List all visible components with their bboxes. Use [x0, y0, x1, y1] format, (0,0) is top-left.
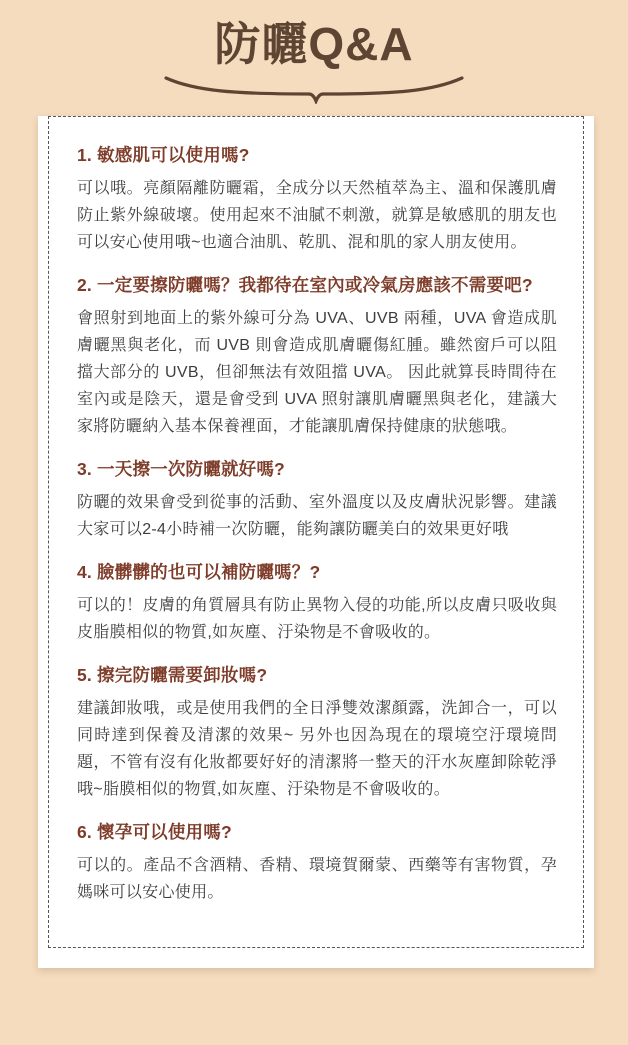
faq-answer: 會照射到地面上的紫外線可分為 UVA、UVB 兩種，UVA 會造成肌膚曬黑與老化…: [77, 305, 557, 440]
faq-question: 4. 臉髒髒的也可以補防曬嗎？?: [77, 560, 557, 584]
faq-question: 6. 懷孕可以使用嗎?: [77, 820, 557, 844]
faq-answer: 可以的。產品不含酒精、香精、環境賀爾蒙、西藥等有害物質，孕媽咪可以安心使用。: [77, 852, 557, 906]
faq-item: 2. 一定要擦防曬嗎？我都待在室內或冷氣房應該不需要吧? 會照射到地面上的紫外線…: [77, 273, 557, 440]
faq-item: 6. 懷孕可以使用嗎? 可以的。產品不含酒精、香精、環境賀爾蒙、西藥等有害物質，…: [77, 820, 557, 906]
faq-item: 3. 一天擦一次防曬就好嗎? 防曬的效果會受到從事的活動、室外溫度以及皮膚狀況影…: [77, 457, 557, 543]
faq-answer: 防曬的效果會受到從事的活動、室外溫度以及皮膚狀況影響。建議大家可以2-4小時補一…: [77, 489, 557, 543]
faq-question: 3. 一天擦一次防曬就好嗎?: [77, 457, 557, 481]
faq-answer: 建議卸妝哦，或是使用我們的全日淨雙效潔顏露，洗卸合一，可以同時達到保養及清潔的效…: [77, 695, 557, 803]
faq-card: 1. 敏感肌可以使用嗎? 可以哦。亮顏隔離防曬霜，全成分以天然植萃為主、溫和保護…: [38, 116, 594, 968]
title-ornament-wrap: [0, 74, 628, 106]
faq-item: 5. 擦完防曬需要卸妝嗎? 建議卸妝哦，或是使用我們的全日淨雙效潔顏露，洗卸合一…: [77, 663, 557, 803]
page-header: 防曬Q&A: [0, 0, 628, 106]
faq-item: 1. 敏感肌可以使用嗎? 可以哦。亮顏隔離防曬霜，全成分以天然植萃為主、溫和保護…: [77, 143, 557, 256]
page-title: 防曬Q&A: [0, 18, 628, 70]
faq-answer: 可以哦。亮顏隔離防曬霜，全成分以天然植萃為主、溫和保護肌膚防止紫外線破壞。使用起…: [77, 175, 557, 256]
faq-question: 2. 一定要擦防曬嗎？我都待在室內或冷氣房應該不需要吧?: [77, 273, 557, 297]
underbrace-ornament-icon: [163, 74, 465, 104]
faq-item: 4. 臉髒髒的也可以補防曬嗎？? 可以的！皮膚的角質層具有防止異物入侵的功能,所…: [77, 560, 557, 646]
faq-answer: 可以的！皮膚的角質層具有防止異物入侵的功能,所以皮膚只吸收與皮脂膜相似的物質,如…: [77, 592, 557, 646]
faq-card-dashed-border: 1. 敏感肌可以使用嗎? 可以哦。亮顏隔離防曬霜，全成分以天然植萃為主、溫和保護…: [48, 116, 584, 948]
faq-question: 5. 擦完防曬需要卸妝嗎?: [77, 663, 557, 687]
faq-question: 1. 敏感肌可以使用嗎?: [77, 143, 557, 167]
